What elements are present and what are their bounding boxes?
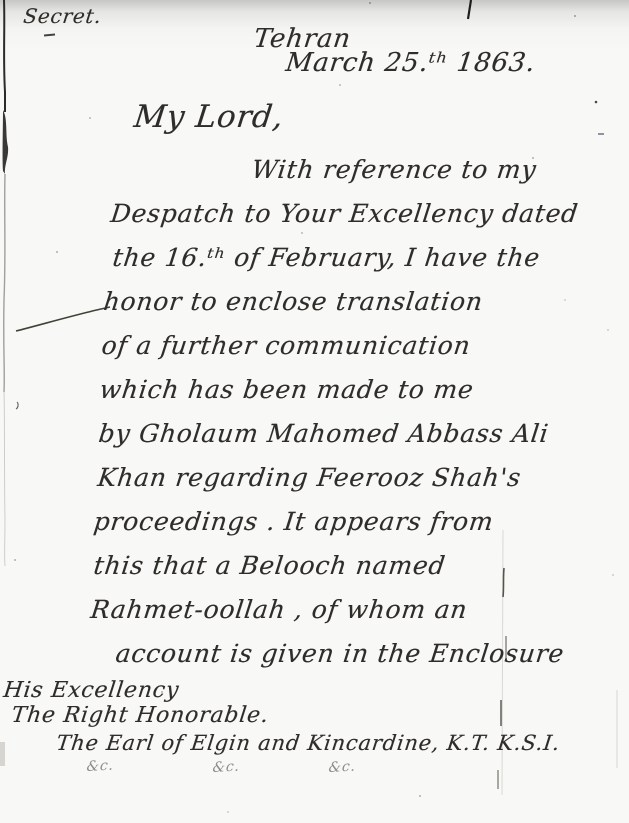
body-line: proceedings . It appears from [92,507,495,536]
etcetera-mark: &c. [328,759,356,776]
address-line-recipient-name: The Earl of Elgin and Kincardine, K.T. K… [55,731,562,755]
body-line: Despatch to Your Excellency dated [109,199,580,228]
classification-label: Secret. [22,4,103,28]
margin-dash-stroke [16,307,110,331]
address-line-honorific: The Right Honorable. [10,703,270,728]
body-line: which has been made to me [98,375,475,404]
etcetera-mark: &c. [86,758,114,775]
body-line: Rahmet-oollah , of whom an [89,595,469,624]
etcetera-mark: &c. [212,759,240,776]
dateline-date: March 25.ᵗʰ 1863. [284,48,537,78]
body-line: this that a Belooch named [92,551,447,580]
manuscript-letter-page: Secret. Tehran March 25.ᵗʰ 1863. My Lord… [0,0,629,823]
body-line: honor to enclose translation [102,287,485,316]
salutation: My Lord, [132,99,286,135]
top-right-pen-stroke [468,0,471,19]
body-line: the 16.ᵗʰ of February, I have the [111,243,542,272]
body-line: by Gholaum Mahomed Abbass Ali [97,419,550,448]
body-line: account is given in the Enclosure [114,639,566,668]
body-line: Khan regarding Feerooz Shah's [96,463,523,492]
address-line-recipient-title: His Excellency [2,678,181,703]
body-line: With reference to my [250,155,538,184]
body-line: of a further communication [100,331,472,360]
